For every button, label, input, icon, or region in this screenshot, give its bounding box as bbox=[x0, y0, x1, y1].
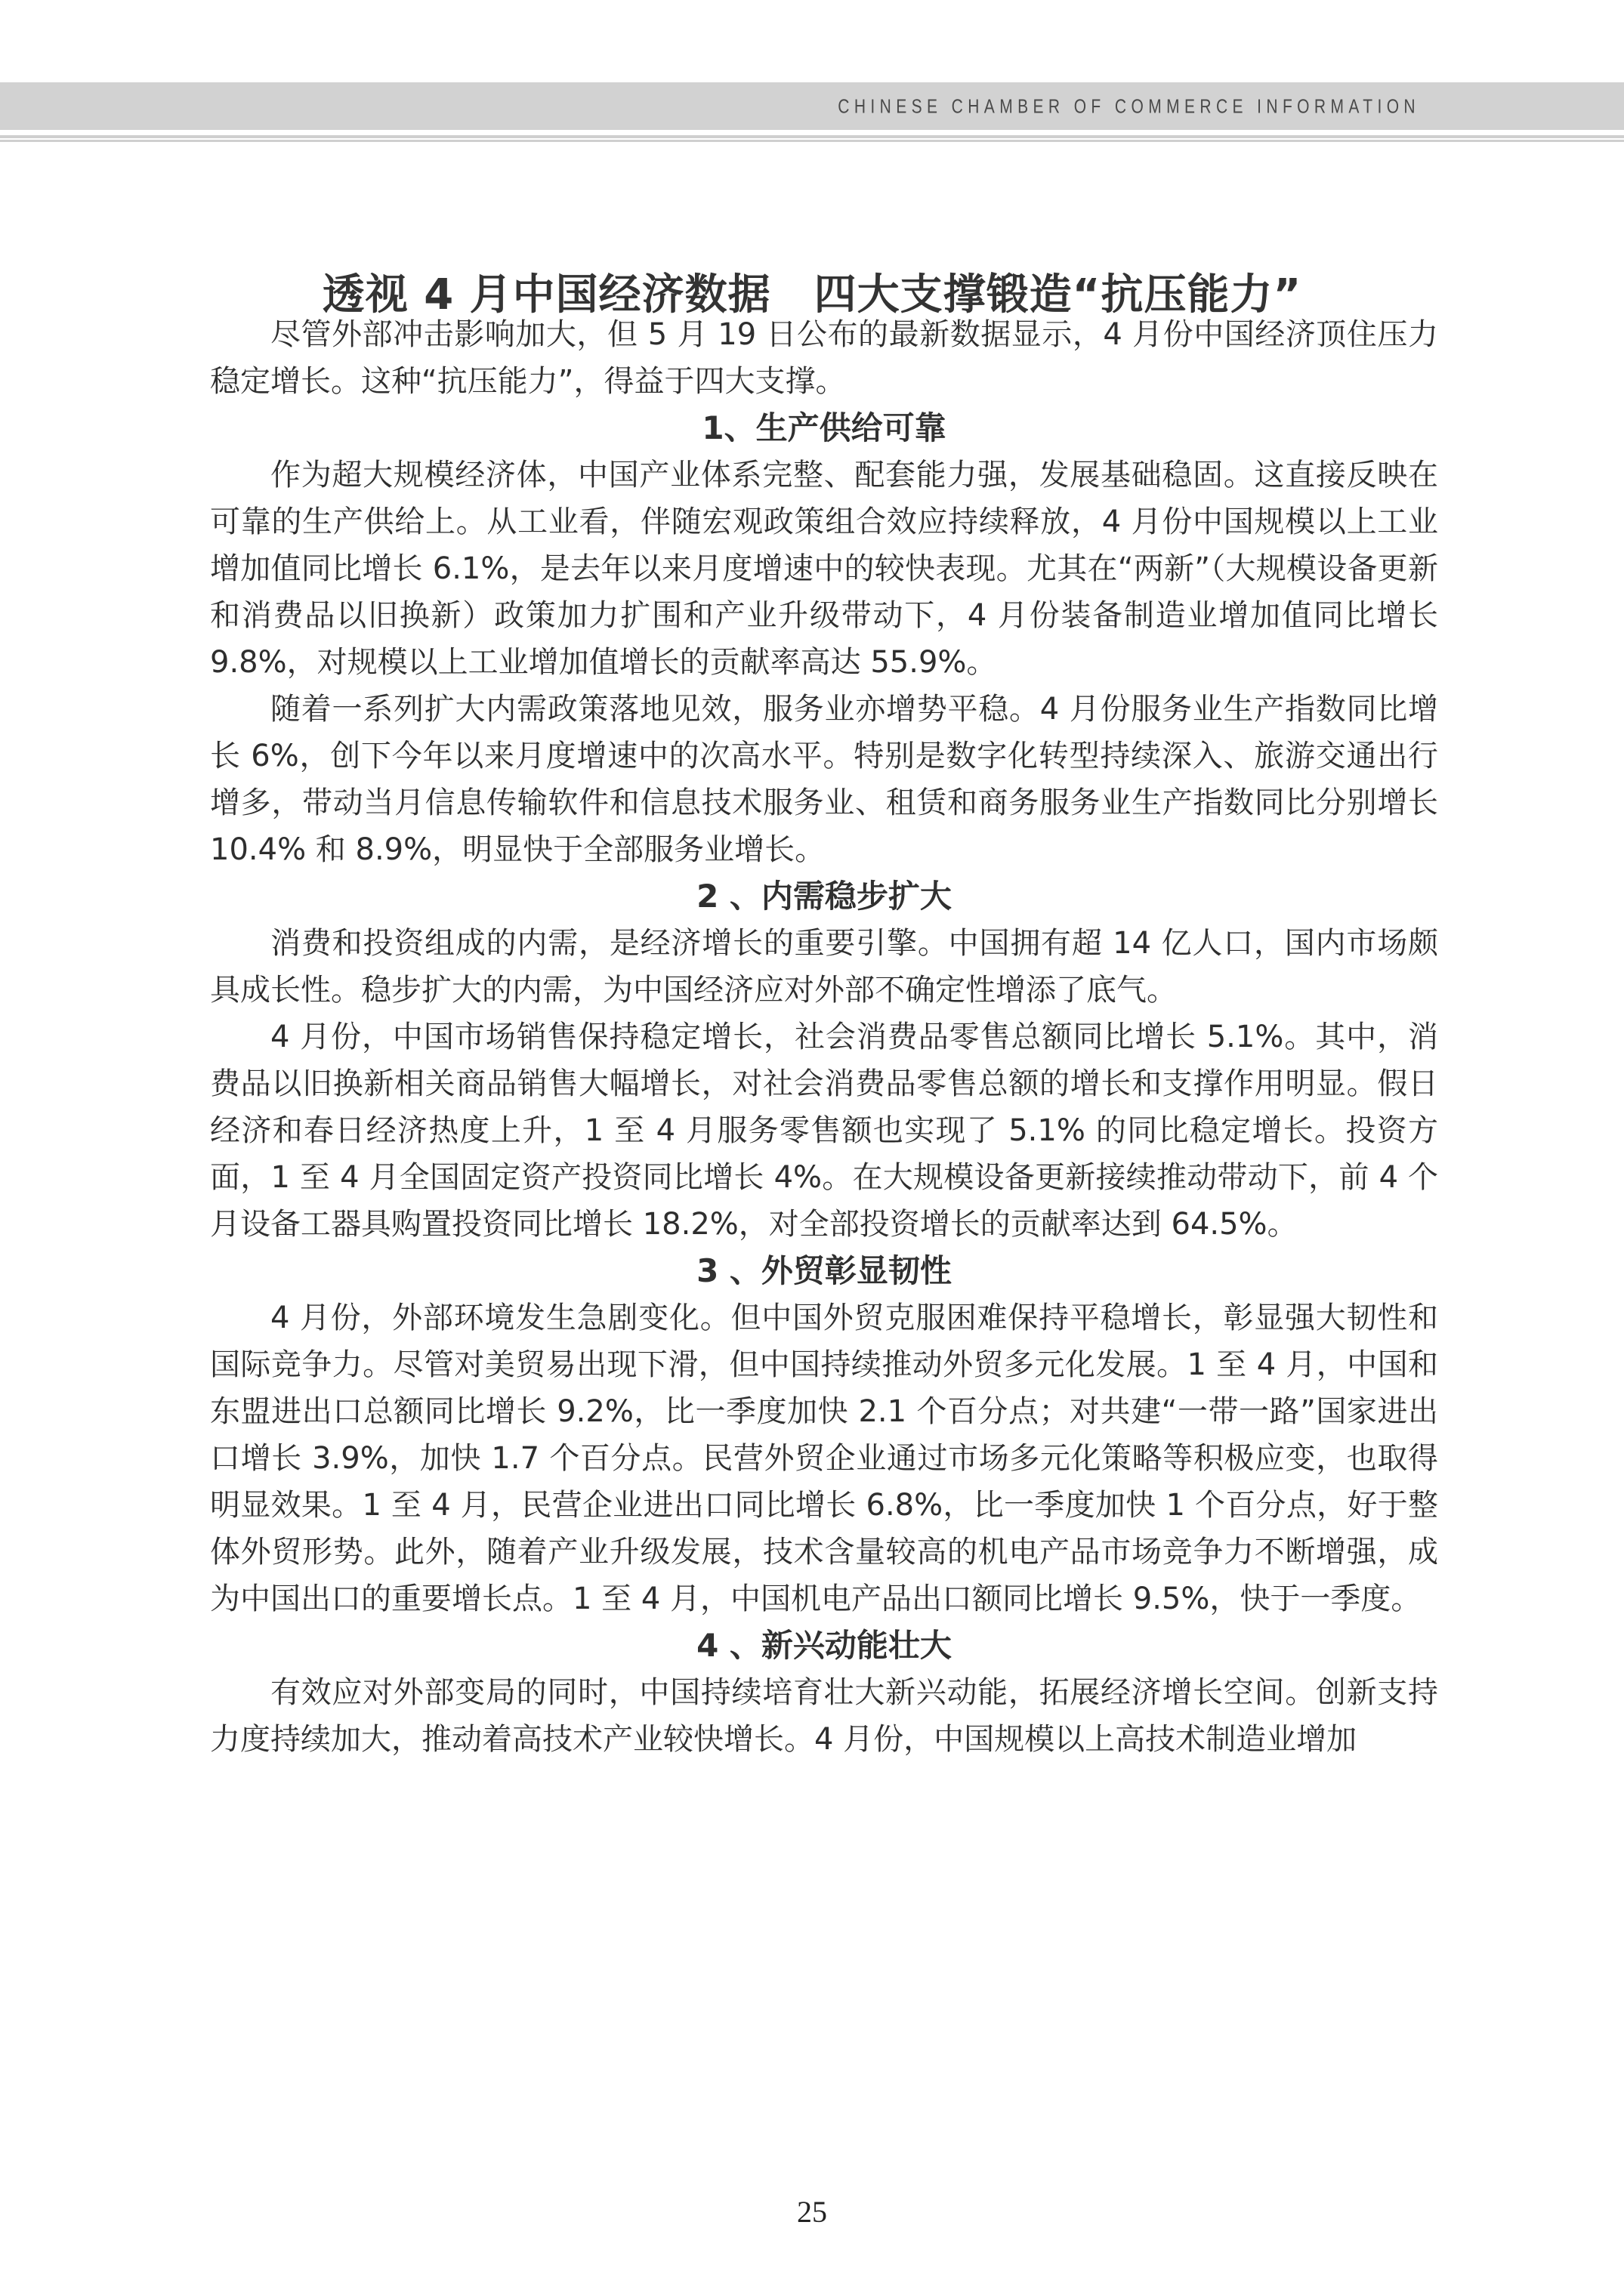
header-rule bbox=[0, 135, 1624, 138]
paragraph: 4 月份，外部环境发生急剧变化。但中国外贸克服困难保持平稳增长，彰显强大韧性和国… bbox=[210, 1295, 1438, 1622]
page-number: 25 bbox=[0, 2194, 1624, 2230]
paragraph: 作为超大规模经济体，中国产业体系完整、配套能力强，发展基础稳固。这直接反映在可靠… bbox=[210, 452, 1438, 686]
section-new-drivers: 4 、新兴动能壮大 有效应对外部变局的同时，中国持续培育壮大新兴动能，拓展经济增… bbox=[210, 1622, 1438, 1763]
header-rule bbox=[0, 140, 1624, 142]
section-domestic-demand: 2 、内需稳步扩大 消费和投资组成的内需，是经济增长的重要引擎。中国拥有超 14… bbox=[210, 873, 1438, 1248]
section-heading: 2 、内需稳步扩大 bbox=[210, 873, 1438, 920]
intro-paragraph: 尽管外部冲击影响加大，但 5 月 19 日公布的最新数据显示，4 月份中国经济顶… bbox=[210, 311, 1438, 405]
section-foreign-trade: 3 、外贸彰显韧性 4 月份，外部环境发生急剧变化。但中国外贸克服困难保持平稳增… bbox=[210, 1248, 1438, 1622]
section-heading: 3 、外贸彰显韧性 bbox=[210, 1248, 1438, 1295]
article-body: 尽管外部冲击影响加大，但 5 月 19 日公布的最新数据显示，4 月份中国经济顶… bbox=[210, 311, 1438, 1763]
publication-name: CHINESE CHAMBER OF COMMERCE INFORMATION bbox=[838, 96, 1420, 119]
paragraph: 消费和投资组成的内需，是经济增长的重要引擎。中国拥有超 14 亿人口，国内市场颇… bbox=[210, 920, 1438, 1014]
paragraph: 随着一系列扩大内需政策落地见效，服务业亦增势平稳。4 月份服务业生产指数同比增长… bbox=[210, 686, 1438, 873]
paragraph: 4 月份，中国市场销售保持稳定增长，社会消费品零售总额同比增长 5.1%。其中，… bbox=[210, 1014, 1438, 1248]
section-heading: 1、生产供给可靠 bbox=[210, 405, 1438, 452]
section-heading: 4 、新兴动能壮大 bbox=[210, 1622, 1438, 1669]
paragraph: 有效应对外部变局的同时，中国持续培育壮大新兴动能，拓展经济增长空间。创新支持力度… bbox=[210, 1669, 1438, 1763]
section-production: 1、生产供给可靠 作为超大规模经济体，中国产业体系完整、配套能力强，发展基础稳固… bbox=[210, 405, 1438, 873]
